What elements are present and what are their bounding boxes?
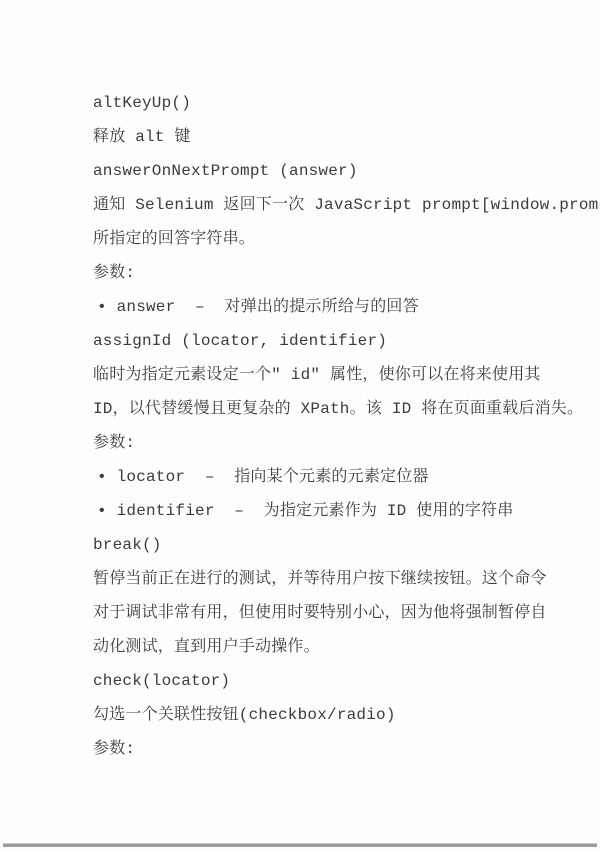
description-answeronnextprompt-line1: 通知 Selenium 返回下一次 JavaScript prompt[wind… (93, 188, 523, 222)
params-label-answeronnextprompt: 参数: (93, 256, 523, 290)
description-assignid-line1: 临时为指定元素设定一个" id" 属性，使你可以在将来使用其 (93, 358, 523, 392)
description-altkeyup: 释放 alt 键 (93, 120, 523, 154)
method-signature-altkeyup: altKeyUp() (93, 86, 523, 120)
param-item-locator: • locator – 指向某个元素的元素定位器 (93, 460, 523, 494)
params-label-check: 参数: (93, 732, 523, 766)
method-signature-assignid: assignId (locator, identifier) (93, 324, 523, 358)
description-break-line3: 动化测试，直到用户手动操作。 (93, 630, 523, 664)
page-bottom-divider (3, 843, 597, 847)
document-content: altKeyUp() 释放 alt 键 answerOnNextPrompt (… (93, 86, 523, 766)
document-page: altKeyUp() 释放 alt 键 answerOnNextPrompt (… (0, 0, 600, 851)
params-label-assignid: 参数: (93, 426, 523, 460)
description-answeronnextprompt-line2: 所指定的回答字符串。 (93, 222, 523, 256)
description-assignid-line2: ID，以代替缓慢且更复杂的 XPath。该 ID 将在页面重载后消失。 (93, 392, 523, 426)
description-break-line2: 对于调试非常有用，但使用时要特别小心，因为他将强制暂停自 (93, 596, 523, 630)
param-item-identifier: • identifier – 为指定元素作为 ID 使用的字符串 (93, 494, 523, 528)
method-signature-check: check(locator) (93, 664, 523, 698)
method-signature-answeronnextprompt: answerOnNextPrompt (answer) (93, 154, 523, 188)
param-item-answer: • answer – 对弹出的提示所给与的回答 (93, 290, 523, 324)
method-signature-break: break() (93, 528, 523, 562)
description-check: 勾选一个关联性按钮(checkbox/radio) (93, 698, 523, 732)
description-break-line1: 暂停当前正在进行的测试，并等待用户按下继续按钮。这个命令 (93, 562, 523, 596)
